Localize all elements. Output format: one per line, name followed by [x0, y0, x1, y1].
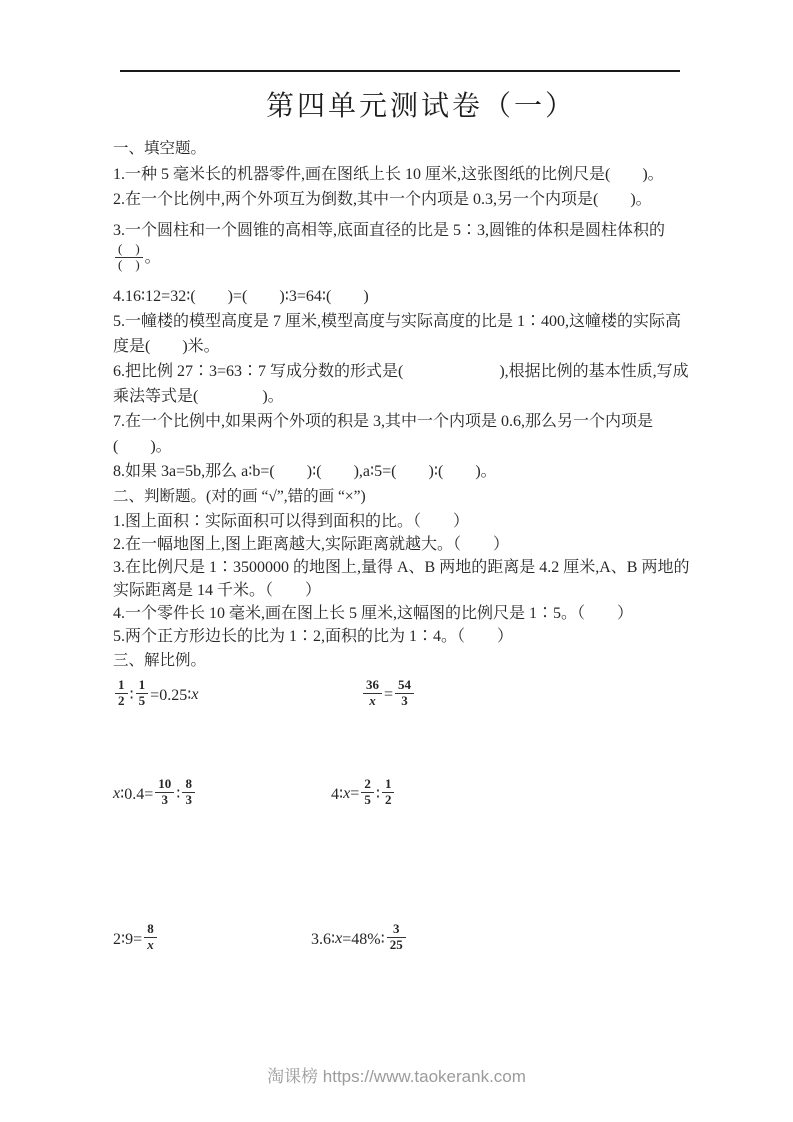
fraction: 83 [182, 777, 195, 808]
equation-text: =0.25∶ [150, 685, 191, 705]
fraction-numerator: 1 [115, 678, 128, 693]
fraction-denominator: 3 [395, 693, 414, 709]
equation-text: 4∶ [331, 784, 343, 804]
question-3: 3.一个圆柱和一个圆锥的高相等,底面直径的比是 5∶3,圆锥的体积是圆柱体积的(… [113, 218, 695, 274]
fraction-denominator: 25 [387, 937, 406, 953]
equation-text: =48%∶ [342, 929, 385, 949]
test-paper-page: 第四单元测试卷（一） 一、填空题。 1.一种 5 毫米长的机器零件,画在图纸上长… [0, 0, 793, 1122]
equation-text: ∶ [376, 784, 380, 804]
page-title: 第四单元测试卷（一） [147, 86, 695, 128]
fraction: 543 [395, 678, 414, 709]
equation-text: ∶ [176, 784, 180, 804]
proportion-row-1: 12∶15=0.25∶x 36x=543 [113, 680, 695, 711]
equation-text: 2∶9= [113, 929, 142, 949]
equation-text: x [191, 686, 198, 704]
fraction-denominator: ( ) [115, 257, 143, 273]
fraction: 325 [387, 922, 406, 953]
fraction: 8x [144, 922, 157, 953]
fraction-numerator: 2 [361, 777, 374, 792]
fraction: 103 [155, 777, 174, 808]
fraction: 36x [363, 678, 382, 709]
proportion-equation: x∶0.4=103∶83 [113, 779, 331, 810]
footer-link[interactable]: 淘课榜 https://www.taokerank.com [0, 1062, 793, 1087]
fraction-numerator: 8 [144, 922, 157, 937]
equation-text: 3.6∶ [311, 929, 335, 949]
fraction-denominator: 2 [382, 792, 395, 808]
equation-text: x [343, 785, 350, 803]
judgment-5: 5.两个正方形边长的比为 1∶2,面积的比为 1∶4。（ ） [113, 625, 695, 648]
fraction-numerator: 8 [182, 777, 195, 792]
fraction-denominator: 3 [182, 792, 195, 808]
question-2: 2.在一个比例中,两个外项互为倒数,其中一个内项是 0.3,另一个内项是( )。 [113, 187, 695, 212]
proportion-row-3: 2∶9=8x 3.6∶x=48%∶325 [113, 924, 695, 955]
equation-text: x [113, 785, 120, 803]
equation-text: ∶ [130, 685, 134, 705]
fraction-numerator: 1 [382, 777, 395, 792]
question-6: 6.把比例 27∶3=63∶7 写成分数的形式是( ),根据比例的基本性质,写成… [113, 359, 695, 409]
question-4: 4.16∶12=32∶( )=( )∶3=64∶( ) [113, 284, 695, 309]
equation-text: = [384, 686, 393, 704]
equation-text: = [350, 785, 359, 803]
section-heading-true-false: 二、判断题。(对的画 “√”,错的画 “×”) [113, 484, 695, 510]
fraction-denominator: x [363, 693, 382, 709]
fraction-numerator: 3 [387, 922, 406, 937]
proportion-equation: 4∶x=25∶12 [331, 779, 396, 810]
fraction-denominator: 5 [361, 792, 374, 808]
section-heading-fill-blanks: 一、填空题。 [113, 136, 695, 162]
judgment-3: 3.在比例尺是 1∶3500000 的地图上,量得 A、B 两地的距离是 4.2… [113, 556, 695, 602]
question-3-suffix: 。 [145, 249, 161, 266]
judgment-4: 4.一个零件长 10 毫米,画在图上长 5 厘米,这幅图的比例尺是 1∶5。（ … [113, 602, 695, 625]
judgment-2: 2.在一幅地图上,图上距离越大,实际距离就越大。（ ） [113, 533, 695, 556]
paper-content: 第四单元测试卷（一） 一、填空题。 1.一种 5 毫米长的机器零件,画在图纸上长… [113, 86, 695, 955]
fraction-numerator: 10 [155, 777, 174, 792]
equation-text: ∶0.4= [120, 784, 153, 804]
proportion-equation: 3.6∶x=48%∶325 [311, 924, 408, 955]
fraction: 12 [382, 777, 395, 808]
question-5: 5.一幢楼的模型高度是 7 厘米,模型高度与实际高度的比是 1∶400,这幢楼的… [113, 309, 695, 359]
question-8: 8.如果 3a=5b,那么 a∶b=( )∶( ),a∶5=( )∶( )。 [113, 459, 695, 484]
fraction: 15 [136, 678, 149, 709]
fraction-numerator: ( ) [115, 242, 143, 257]
fraction-numerator: 1 [136, 678, 149, 693]
fraction-denominator: 3 [155, 792, 174, 808]
fraction: 12 [115, 678, 128, 709]
proportion-row-2: x∶0.4=103∶83 4∶x=25∶12 [113, 779, 695, 810]
fraction-denominator: 2 [115, 693, 128, 709]
proportion-equation: 2∶9=8x [113, 924, 311, 955]
fraction-denominator: x [144, 937, 157, 953]
question-1: 1.一种 5 毫米长的机器零件,画在图纸上长 10 厘米,这张图纸的比例尺是( … [113, 162, 695, 187]
proportion-equation: 12∶15=0.25∶x [113, 680, 361, 711]
equation-text: x [335, 930, 342, 948]
question-7: 7.在一个比例中,如果两个外项的积是 3,其中一个内项是 0.6,那么另一个内项… [113, 409, 695, 459]
header-rule [120, 70, 680, 72]
judgment-1: 1.图上面积∶实际面积可以得到面积的比。（ ） [113, 510, 695, 533]
proportion-equation: 36x=543 [361, 680, 416, 711]
fraction-numerator: 36 [363, 678, 382, 693]
fraction-blank: ( )( ) [115, 242, 143, 273]
fraction: 25 [361, 777, 374, 808]
question-3-text: 3.一个圆柱和一个圆锥的高相等,底面直径的比是 5∶3,圆锥的体积是圆柱体积的 [113, 222, 665, 239]
section-heading-solve-proportions: 三、解比例。 [113, 648, 695, 674]
fraction-numerator: 54 [395, 678, 414, 693]
fraction-denominator: 5 [136, 693, 149, 709]
